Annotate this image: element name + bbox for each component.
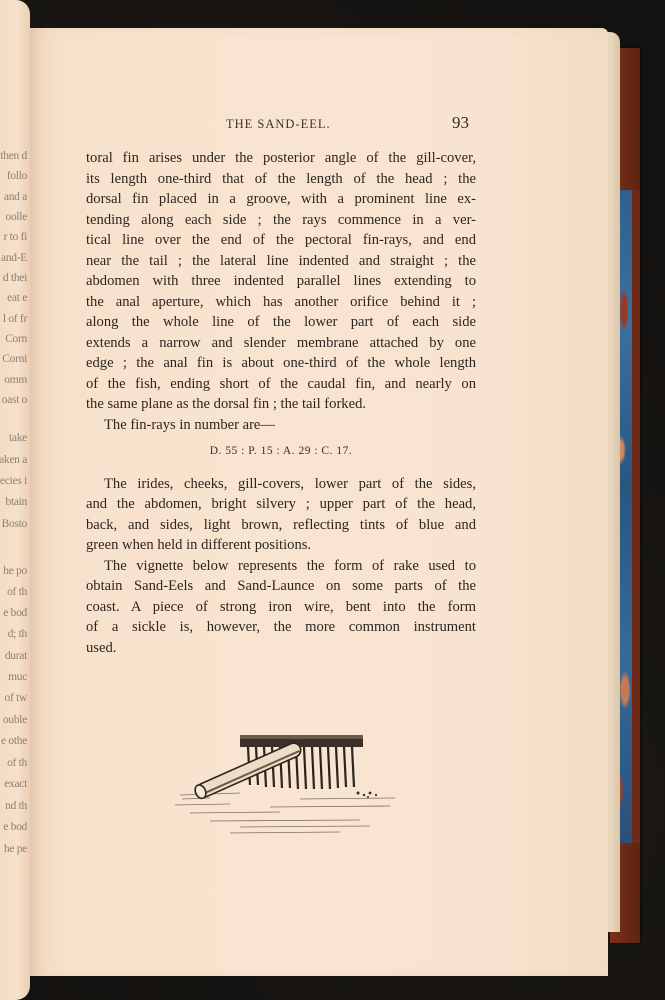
facing-text-fragment: r to fi <box>4 231 27 243</box>
facing-text-fragment: and-E <box>1 252 27 264</box>
facing-text-fragment: Corn <box>5 333 27 345</box>
facing-text-fragment: follo <box>7 170 27 182</box>
facing-text-fragment: Bosto <box>2 518 27 530</box>
facing-text-fragment: omm <box>4 374 27 386</box>
facing-text-fragment: l of fr <box>3 313 27 325</box>
paragraph-2: The irides, cheeks, gill-covers, lower p… <box>86 474 476 556</box>
facing-text-fragment: e bod <box>3 821 27 833</box>
facing-text-fragment: ouble <box>3 714 27 726</box>
rake-engraving-icon <box>170 713 400 843</box>
text-line: edge ; the anal fin is about one-third o… <box>86 353 476 374</box>
facing-text-fragment: muc <box>8 671 27 683</box>
text-line: The irides, cheeks, gill-covers, lower p… <box>86 474 476 495</box>
facing-text-fragment: e bod <box>3 607 27 619</box>
text-line: the same plane as the dorsal fin ; the t… <box>86 394 476 415</box>
facing-text-fragment: nd th <box>5 800 27 812</box>
running-head-title: THE SAND-EEL. <box>226 117 331 132</box>
text-line: coast. A piece of strong iron wire, bent… <box>86 597 476 618</box>
facing-text-fragment: ecies i <box>0 475 27 487</box>
facing-page-edge: then d follo and a oolle r to fi and-E d… <box>0 0 30 1000</box>
facing-text-fragment: then d <box>0 150 27 162</box>
facing-text-fragment: he pe <box>4 843 27 855</box>
facing-text-fragment: eat e <box>7 292 27 304</box>
text-line: of a sickle is, however, the more common… <box>86 617 476 638</box>
text-line: abdomen with three indented parallel lin… <box>86 271 476 292</box>
fin-rays-intro: The fin-rays in number are— <box>86 415 476 436</box>
text-line: its length one-third that of the length … <box>86 169 476 190</box>
text-line: used. <box>86 638 476 659</box>
text-line: along the whole line of the lower part o… <box>86 312 476 333</box>
text-line: toral fin arises under the posterior ang… <box>86 148 476 169</box>
facing-text-fragment: oast o <box>2 394 27 406</box>
facing-text-fragment: of th <box>7 586 27 598</box>
text-line: and the abdomen, bright silvery ; upper … <box>86 494 476 515</box>
text-line: of the fish, ending short of the caudal … <box>86 374 476 395</box>
facing-text-fragment: oolle <box>6 211 28 223</box>
text-line: tical line over the end of the pectoral … <box>86 230 476 251</box>
page-number: 93 <box>452 113 469 133</box>
facing-text-fragment: durat <box>5 650 27 662</box>
facing-text-fragment: e othe <box>1 735 27 747</box>
facing-text-fragment: d; th <box>8 628 27 640</box>
text-line: The vignette below represents the form o… <box>86 556 476 577</box>
body-text: toral fin arises under the posterior ang… <box>86 148 476 658</box>
fin-ray-formula: D. 55 : P. 15 : A. 29 : C. 17. <box>86 441 476 462</box>
text-line: near the tail ; the lateral line indente… <box>86 251 476 272</box>
facing-text-fragment: aken a <box>0 454 27 466</box>
text-line: back, and sides, light brown, reflecting… <box>86 515 476 536</box>
book-page: THE SAND-EEL. 93 toral fin arises under … <box>28 28 608 976</box>
facing-text-fragment: of th <box>7 757 27 769</box>
text-line: the anal aperture, which has another ori… <box>86 292 476 313</box>
text-line: extends a narrow and slender membrane at… <box>86 333 476 354</box>
text-line: tending along each side ; the rays comme… <box>86 210 476 231</box>
facing-text-fragment: of tw <box>5 692 27 704</box>
text-line: dorsal fin placed in a groove, with a pr… <box>86 189 476 210</box>
facing-text-fragment: btain <box>6 496 28 508</box>
text-line: obtain Sand-Eels and Sand-Launce on some… <box>86 576 476 597</box>
facing-text-fragment: take <box>9 432 27 444</box>
facing-text-fragment: and a <box>4 191 27 203</box>
facing-text-fragment: he po <box>3 565 27 577</box>
paragraph-3: The vignette below represents the form o… <box>86 556 476 659</box>
facing-text-fragment: Corni <box>2 353 27 365</box>
facing-text-fragment: exact <box>4 778 27 790</box>
text-line: green when held in different positions. <box>86 535 476 556</box>
paragraph-1: toral fin arises under the posterior ang… <box>86 148 476 415</box>
facing-text-fragment: d thei <box>3 272 27 284</box>
